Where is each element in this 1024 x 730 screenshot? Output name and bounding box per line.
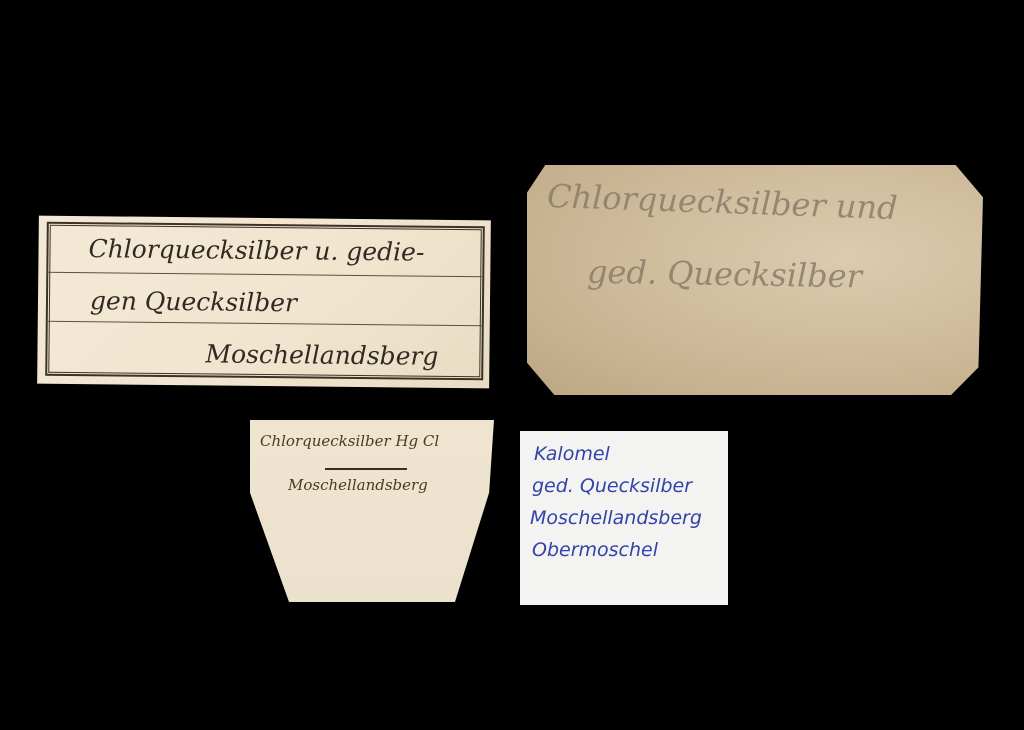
- label-line: Chlorquecksilber Hg Cl: [260, 432, 439, 450]
- divider-line: [325, 468, 407, 470]
- label-line: Chlorquecksilber u. gedie-: [88, 234, 424, 267]
- label-line: Chlorquecksilber und: [546, 177, 898, 227]
- label-line: Kalomel: [534, 443, 610, 465]
- label-line: Moschellandsberg: [530, 507, 702, 529]
- label-trapezoid: Chlorquecksilber Hg Cl Moschellandsberg: [250, 420, 494, 602]
- label-blue-ink: Kalomel ged. Quecksilber Moschellandsber…: [520, 431, 728, 605]
- label-line: Moschellandsberg: [205, 339, 438, 370]
- label-line: gen Quecksilber: [90, 286, 297, 317]
- label-line: ged. Quecksilber: [587, 253, 863, 296]
- label-pencil-octagonal: Chlorquecksilber und ged. Quecksilber: [527, 165, 983, 395]
- label-chlorquecksilber-framed: Chlorquecksilber u. gedie- gen Quecksilb…: [37, 216, 491, 389]
- label-line: ged. Quecksilber: [532, 475, 692, 497]
- label-line: Moschellandsberg: [288, 476, 428, 494]
- label-line: Obermoschel: [532, 539, 658, 561]
